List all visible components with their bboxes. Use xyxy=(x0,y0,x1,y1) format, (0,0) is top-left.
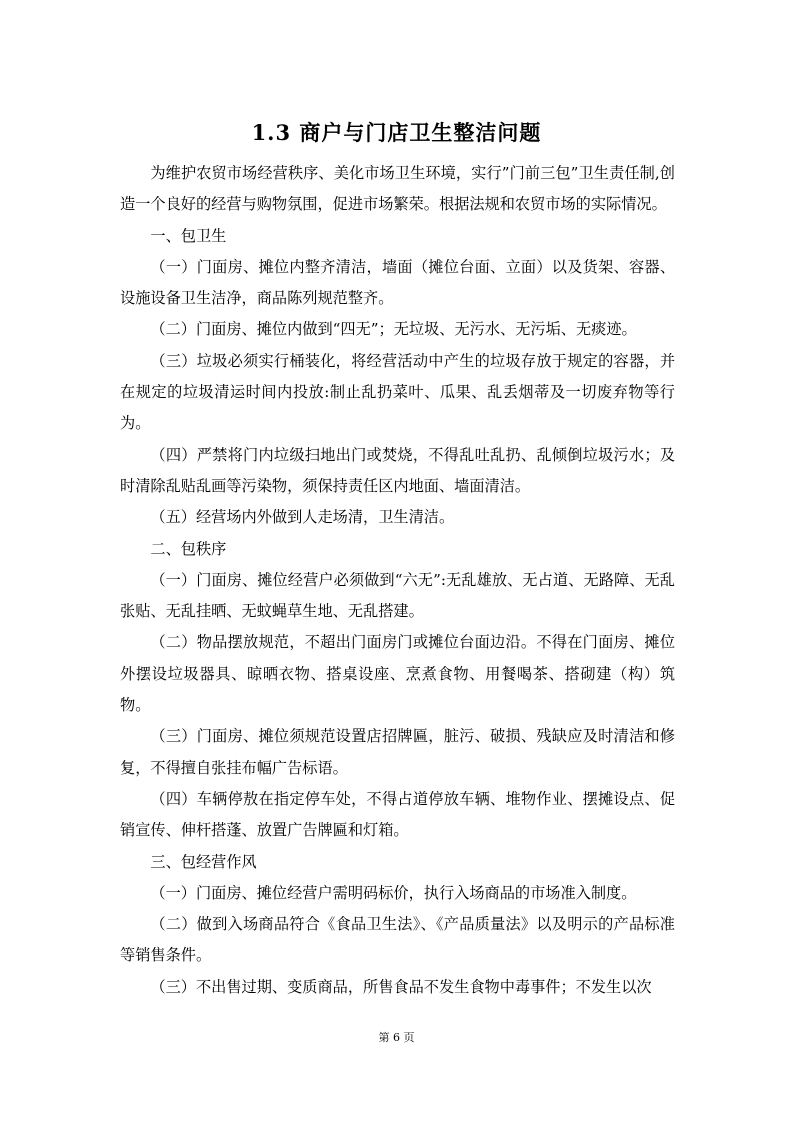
section-heading: 三、包经营作风 xyxy=(120,847,675,878)
paragraph: （三）不出售过期、变质商品，所售食品不发生食物中毒事件；不发生以次 xyxy=(120,972,675,1003)
paragraph: （二）物品摆放规范，不超出门面房门或摊位台面边沿。不得在门面房、摊位外摆设垃圾器… xyxy=(120,627,675,721)
document-body: 为维护农贸市场经营秩序、美化市场卫生环境，实行”门前三包”卫生责任制,创造一个良… xyxy=(120,158,675,1003)
page-number: 第 6 页 xyxy=(0,1030,793,1046)
paragraph: （一）门面房、摊位经营户需明码标价，执行入场商品的市场准入制度。 xyxy=(120,878,675,909)
paragraph: （三）门面房、摊位须规范设置店招牌匾，脏污、破损、残缺应及时清洁和修复，不得擅自… xyxy=(120,721,675,784)
paragraph: （三）垃圾必须实行桶装化，将经营活动中产生的垃圾存放于规定的容器，并在规定的垃圾… xyxy=(120,346,675,440)
section-heading: 二、包秩序 xyxy=(120,534,675,565)
paragraph: （二）做到入场商品符合《食品卫生法》、《产品质量法》以及明示的产品标准等销售条件… xyxy=(120,909,675,972)
document-page: 1.3 商户与门店卫生整洁问题 为维护农贸市场经营秩序、美化市场卫生环境，实行”… xyxy=(0,0,793,1122)
section-title: 1.3 商户与门店卫生整洁问题 xyxy=(0,117,793,149)
intro-paragraph: 为维护农贸市场经营秩序、美化市场卫生环境，实行”门前三包”卫生责任制,创造一个良… xyxy=(120,158,675,221)
paragraph: （二）门面房、摊位内做到“四无”；无垃圾、无污水、无污垢、无痰迹。 xyxy=(120,314,675,345)
paragraph: （四）车辆停敖在指定停车处，不得占道停放车辆、堆物作业、摆摊设点、促销宣传、伸杆… xyxy=(120,784,675,847)
paragraph: （一）门面房、摊位经营户必须做到“六无”:无乱雄放、无占道、无路障、无乱张贴、无… xyxy=(120,565,675,628)
paragraph: （四）严禁将门内垃级扫地出门或焚烧，不得乱吐乱扔、乱倾倒垃圾污水；及时清除乱贴乱… xyxy=(120,440,675,503)
paragraph: （五）经营场内外做到人走场清，卫生清洁。 xyxy=(120,502,675,533)
paragraph: （一）门面房、摊位内整齐清洁，墙面（摊位台面、立面）以及货架、容器、设施设备卫生… xyxy=(120,252,675,315)
section-heading: 一、包卫生 xyxy=(120,221,675,252)
